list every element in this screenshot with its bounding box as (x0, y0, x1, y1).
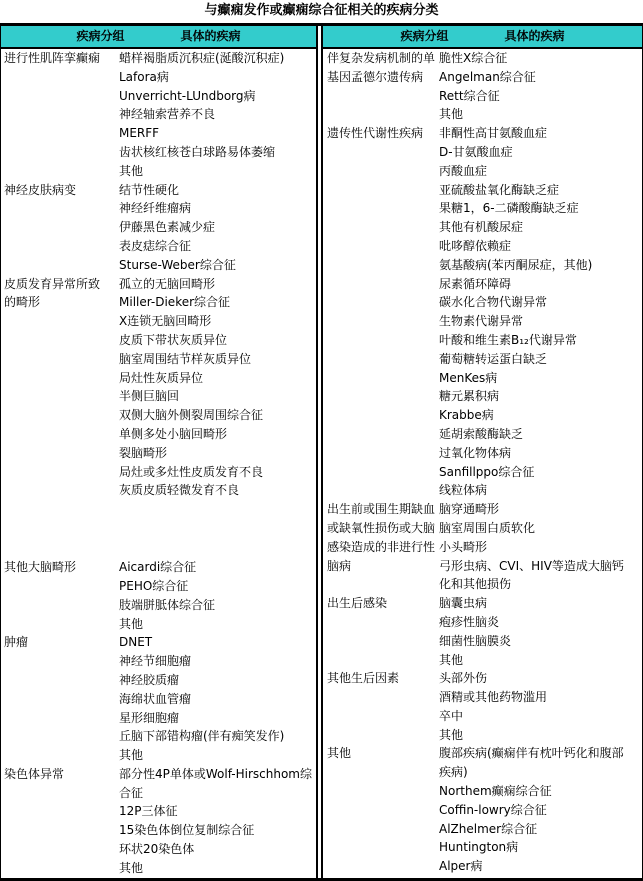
disease-item: 部分性4P单体或Wolf-Hirschhom综合征 (119, 765, 313, 803)
group-label: 皮质发育异常所致的畸形 (1, 275, 116, 313)
disease-item: 脑室周围结节样灰质异位 (119, 350, 313, 369)
table-row: 其他大脑畸形Aicardi综合征PEHO综合征肢端胼胝体综合征其他 (1, 558, 316, 633)
group-label: 伴复杂发病机制的单基因孟德尔遗传病 (323, 49, 437, 87)
disease-item: MenKes病 (439, 369, 628, 388)
group-label: 出生后感染 (323, 594, 437, 613)
table-row: 遗传性代谢性疾病非酮性高甘氨酸血症D-甘氨酸血症丙酸血症亚硫酸盐氧化酶缺乏症果糖… (323, 124, 642, 500)
disease-item: 延胡索酸酶缺乏 (439, 425, 628, 444)
header-row: 疾病分组具体的疾病 (323, 26, 642, 49)
disease-item: 其他 (439, 726, 628, 745)
disease-item: 灰质皮质轻微发育不良 (119, 481, 313, 500)
disease-item: Krabbe病 (439, 406, 628, 425)
disease-item: 吡哆醇依赖症 (439, 237, 628, 256)
disease-item: 其他 (119, 162, 313, 181)
disease-item: 皮质下带状灰质异位 (119, 331, 313, 350)
disease-item: 葡萄糖转运蛋白缺乏 (439, 350, 628, 369)
table-row: 肿瘤DNET神经节细胞瘤神经胶质瘤海绵状血管瘤星形细胞瘤丘脑下部错构瘤(伴有痴笑… (1, 633, 316, 765)
disease-item: 表皮痣综合征 (119, 237, 313, 256)
disease-item: 12P三体征 (119, 802, 313, 821)
disease-item: 糖元累积病 (439, 387, 628, 406)
table-row: 其他生后因素头部外伤酒精或其他药物滥用卒中其他 (323, 669, 642, 744)
disease-item: 细菌性脑膜炎 (439, 632, 628, 651)
disease-item: 蜡样褐脂质沉积症(涎酸沉积症) (119, 49, 313, 68)
disease-item: X连锁无脑回畸形 (119, 312, 313, 331)
disease-item: Miller-Dieker综合征 (119, 293, 313, 312)
column-header: 具体的疾病 (181, 26, 241, 47)
disease-item: 头部外伤 (439, 669, 628, 688)
disease-item: 非酮性高甘氨酸血症 (439, 124, 628, 143)
disease-item: Coffin-lowry综合征 (439, 801, 628, 820)
group-label: 其他 (323, 744, 437, 763)
group-label: 染色体异常 (1, 765, 116, 784)
disease-item: MERFF (119, 124, 313, 143)
disease-item: 碳水化合物代谢异常 (439, 293, 628, 312)
disease-item: 环状20染色体 (119, 840, 313, 859)
disease-item: D-甘氨酸血症 (439, 143, 628, 162)
group-label: 出生前或围生期缺血或缺氧性损伤或大脑感染造成的非进行性脑病 (323, 500, 437, 575)
table-row: 神经皮肤病变结节性硬化神经纤维瘤病伊藤黑色素减少症表皮痣综合征Sturse-We… (1, 181, 316, 275)
disease-item: 脆性X综合征 (439, 49, 628, 68)
group-label: 进行性肌阵挛癫痫 (1, 49, 116, 68)
column-header: 疾病分组 (400, 26, 448, 47)
disease-item: Rett综合征 (439, 87, 628, 106)
group-label: 其他生后因素 (323, 669, 437, 688)
disease-item: 亚硫酸盐氧化酶缺乏症 (439, 181, 628, 200)
disease-item: 海绵状血管瘤 (119, 690, 313, 709)
disease-item: 其他有机酸尿症 (439, 218, 628, 237)
disease-list: 脑穿通畸形脑室周围白质软化小头畸形弓形虫病、CVI、HIV等造成大脑钙化和其他损… (437, 500, 642, 594)
header-row: 疾病分组具体的疾病 (1, 26, 316, 49)
table-row: 染色体异常部分性4P单体或Wolf-Hirschhom综合征12P三体征15染色… (1, 765, 316, 878)
disease-item: Huntington病 (439, 838, 628, 857)
disease-item: 星形细胞瘤 (119, 709, 313, 728)
table-body: 进行性肌阵挛癫痫蜡样褐脂质沉积症(涎酸沉积症)Lafora病Unverricht… (1, 49, 316, 878)
disease-item: Sanfillppo综合征 (439, 463, 628, 482)
disease-list: 蜡样褐脂质沉积症(涎酸沉积症)Lafora病Unverricht-LUndbor… (116, 49, 316, 181)
disease-item: Aicardi综合征 (119, 558, 313, 577)
disease-item: 脑穿通畸形 (439, 500, 628, 519)
empty-row (1, 500, 316, 558)
disease-item: 齿状核红核苍白球路易体萎缩 (119, 143, 313, 162)
right-table: 疾病分组具体的疾病伴复杂发病机制的单基因孟德尔遗传病脆性X综合征Angelman… (321, 26, 643, 878)
tables-container: 疾病分组具体的疾病进行性肌阵挛癫痫蜡样褐脂质沉积症(涎酸沉积症)Lafora病U… (0, 23, 643, 881)
disease-item: 其他 (439, 651, 628, 670)
disease-item: 神经胶质瘤 (119, 671, 313, 690)
disease-item: Alper病 (439, 857, 628, 876)
disease-item: Unverricht-LUndborg病 (119, 87, 313, 106)
disease-item: 酒精或其他药物滥用 (439, 688, 628, 707)
disease-item: 单侧多处小脑回畸形 (119, 425, 313, 444)
disease-item: 神经轴索营养不良 (119, 105, 313, 124)
disease-item: 神经纤维瘤病 (119, 199, 313, 218)
column-header: 具体的疾病 (505, 26, 565, 47)
disease-item: 其他 (439, 105, 628, 124)
group-label: 神经皮肤病变 (1, 181, 116, 200)
disease-item: 腹部疾病(癫痫伴有枕叶钙化和腹部疾病) (439, 744, 628, 782)
disease-item: 叶酸和维生素B₁₂代谢异常 (439, 331, 628, 350)
table-row: 出生前或围生期缺血或缺氧性损伤或大脑感染造成的非进行性脑病脑穿通畸形脑室周围白质… (323, 500, 642, 594)
disease-item: 肢端胼胝体综合征 (119, 596, 313, 615)
disease-item: 局灶或多灶性皮质发育不良 (119, 463, 313, 482)
disease-item: 线粒体病 (439, 481, 628, 500)
disease-list: 非酮性高甘氨酸血症D-甘氨酸血症丙酸血症亚硫酸盐氧化酶缺乏症果糖1，6-二磷酸酶… (437, 124, 642, 500)
disease-item: DNET (119, 633, 313, 652)
table-row: 伴复杂发病机制的单基因孟德尔遗传病脆性X综合征Angelman综合征Rett综合… (323, 49, 642, 124)
table-row: 皮质发育异常所致的畸形孤立的无脑回畸形Miller-Dieker综合征X连锁无脑… (1, 275, 316, 501)
disease-item: 伊藤黑色素减少症 (119, 218, 313, 237)
disease-item: 其他 (119, 859, 313, 878)
table-row: 其他腹部疾病(癫痫伴有枕叶钙化和腹部疾病)Northem癫痫综合征Coffin-… (323, 744, 642, 876)
disease-item: 双侧大脑外侧裂周围综合征 (119, 406, 313, 425)
disease-item: 脑囊虫病 (439, 594, 628, 613)
disease-item: 过氧化物体病 (439, 444, 628, 463)
disease-item: 结节性硬化 (119, 181, 313, 200)
disease-item: 小头畸形 (439, 538, 628, 557)
disease-item: 神经节细胞瘤 (119, 652, 313, 671)
table-row: 进行性肌阵挛癫痫蜡样褐脂质沉积症(涎酸沉积症)Lafora病Unverricht… (1, 49, 316, 181)
disease-list: 部分性4P单体或Wolf-Hirschhom综合征12P三体征15染色体倒位复制… (116, 765, 316, 878)
disease-item: 裂脑畸形 (119, 444, 313, 463)
group-label: 其他大脑畸形 (1, 558, 116, 577)
column-header: 疾病分组 (76, 26, 124, 47)
disease-list: DNET神经节细胞瘤神经胶质瘤海绵状血管瘤星形细胞瘤丘脑下部错构瘤(伴有痴笑发作… (116, 633, 316, 765)
disease-item: 其他 (119, 746, 313, 765)
disease-list: Aicardi综合征PEHO综合征肢端胼胝体综合征其他 (116, 558, 316, 633)
disease-item: 弓形虫病、CVI、HIV等造成大脑钙化和其他损伤 (439, 557, 628, 595)
page-title: 与癫痫发作或癫痫综合征相关的疾病分类 (0, 0, 643, 23)
table-body: 伴复杂发病机制的单基因孟德尔遗传病脆性X综合征Angelman综合征Rett综合… (323, 49, 642, 878)
disease-item: 卒中 (439, 707, 628, 726)
group-label: 遗传性代谢性疾病 (323, 124, 437, 143)
disease-item: 孤立的无脑回畸形 (119, 275, 313, 294)
group-label: 肿瘤 (1, 633, 116, 652)
disease-list: 脆性X综合征Angelman综合征Rett综合征其他 (437, 49, 642, 124)
disease-item: 半侧巨脑回 (119, 387, 313, 406)
disease-item: AlZhelmer综合征 (439, 820, 628, 839)
table-row: 出生后感染脑囊虫病疱疹性脑炎细菌性脑膜炎其他 (323, 594, 642, 669)
disease-item: 15染色体倒位复制综合征 (119, 821, 313, 840)
disease-list: 结节性硬化神经纤维瘤病伊藤黑色素减少症表皮痣综合征Sturse-Weber综合征 (116, 181, 316, 275)
disease-item: 生物素代谢异常 (439, 312, 628, 331)
disease-list: 头部外伤酒精或其他药物滥用卒中其他 (437, 669, 642, 744)
disease-item: PEHO综合征 (119, 577, 313, 596)
disease-item: Sturse-Weber综合征 (119, 256, 313, 275)
disease-item: Northem癫痫综合征 (439, 782, 628, 801)
disease-item: 其他 (119, 615, 313, 634)
disease-item: 果糖1，6-二磷酸酶缺乏症 (439, 199, 628, 218)
left-table: 疾病分组具体的疾病进行性肌阵挛癫痫蜡样褐脂质沉积症(涎酸沉积症)Lafora病U… (0, 26, 318, 878)
disease-list: 脑囊虫病疱疹性脑炎细菌性脑膜炎其他 (437, 594, 642, 669)
disease-item: 丙酸血症 (439, 162, 628, 181)
disease-item: 疱疹性脑炎 (439, 613, 628, 632)
disease-item: Angelman综合征 (439, 68, 628, 87)
disease-item: 尿素循环障碍 (439, 275, 628, 294)
disease-item: 丘脑下部错构瘤(伴有痴笑发作) (119, 727, 313, 746)
disease-list: 孤立的无脑回畸形Miller-Dieker综合征X连锁无脑回畸形皮质下带状灰质异… (116, 275, 316, 501)
page: 与癫痫发作或癫痫综合征相关的疾病分类 疾病分组具体的疾病进行性肌阵挛癫痫蜡样褐脂… (0, 0, 643, 881)
disease-item: 脑室周围白质软化 (439, 519, 628, 538)
disease-list: 腹部疾病(癫痫伴有枕叶钙化和腹部疾病)Northem癫痫综合征Coffin-lo… (437, 744, 642, 876)
disease-item: 局灶性灰质异位 (119, 369, 313, 388)
disease-item: 氨基酸病(苯丙酮尿症，其他) (439, 256, 628, 275)
disease-item: Lafora病 (119, 68, 313, 87)
